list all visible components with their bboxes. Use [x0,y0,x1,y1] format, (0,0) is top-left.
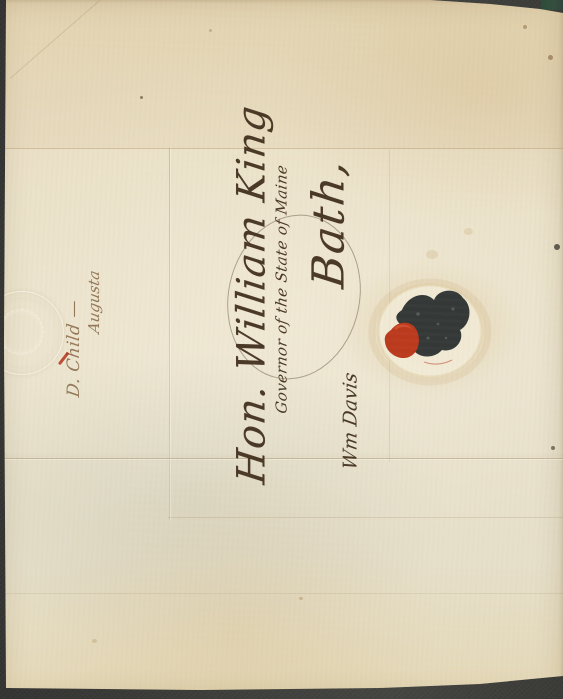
embossed-stamp-inner-ring [0,309,44,355]
address-place: Bath, [304,156,355,291]
address-carrier: Wm Davis [340,371,362,471]
stain-speck [299,597,303,600]
embossed-paper-stamp [0,291,64,375]
stain-speck [548,55,553,60]
fold-crease-horizontal-lower [0,593,563,594]
wax-seal [368,276,498,391]
stain-speck [426,250,438,259]
stain-speck [551,446,555,450]
folded-letter-cover: D. Child — Augusta Hon. William King Gov… [0,0,563,699]
stain-speck [92,639,97,643]
green-corner-patch [541,0,563,10]
stain-speck [523,25,527,29]
fold-crease-vertical-left [169,148,170,520]
address-title: Governor of the State of Maine [273,114,291,415]
scan-backdrop: D. Child — Augusta Hon. William King Gov… [0,0,563,699]
stain-speck [554,244,560,250]
docket-annotation: D. Child — Augusta [64,235,128,405]
address-recipient: Hon. William King [230,113,275,529]
stain-speck [464,228,473,235]
docket-place: Augusta [85,233,103,334]
stain-speck [209,29,212,32]
stain-speck [140,96,143,99]
address-block: Hon. William King Governor of the State … [218,116,393,526]
docket-name: D. Child — [64,234,84,399]
